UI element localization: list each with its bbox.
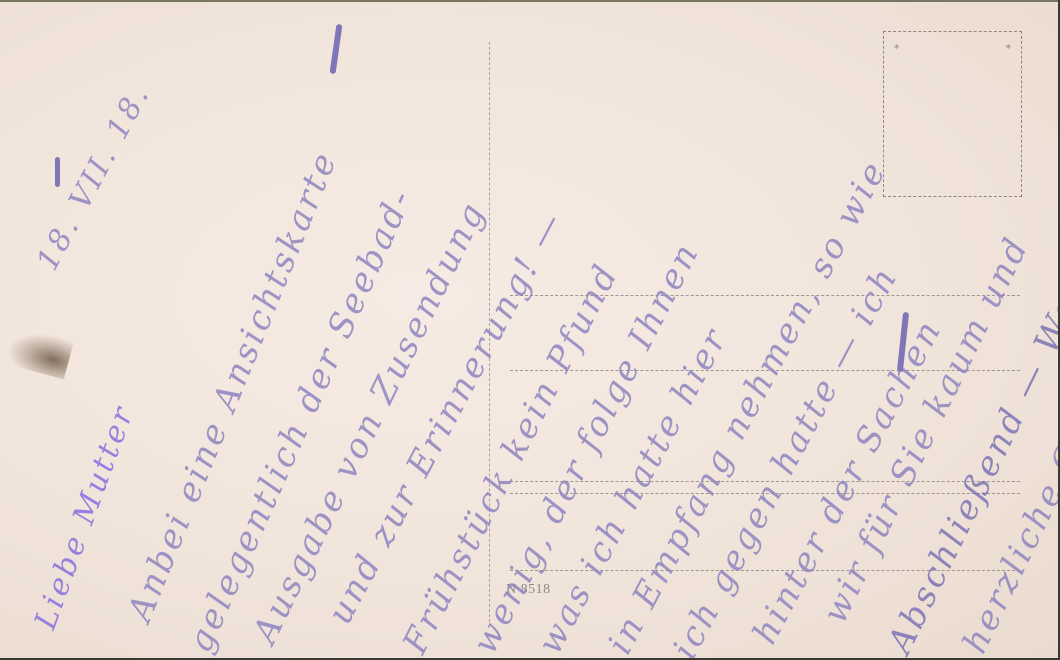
postcard: * * N 8518 18. VII. 18. Liebe Mutter Anb… xyxy=(0,0,1058,658)
star-icon: * xyxy=(1006,42,1012,55)
dash-mark xyxy=(330,24,343,74)
handwritten-date: 18. VII. 18. xyxy=(30,79,157,277)
underline-mark xyxy=(55,157,60,187)
star-icon: * xyxy=(894,42,900,55)
stamp-box: * * xyxy=(883,31,1022,197)
ink-smudge xyxy=(4,325,74,380)
